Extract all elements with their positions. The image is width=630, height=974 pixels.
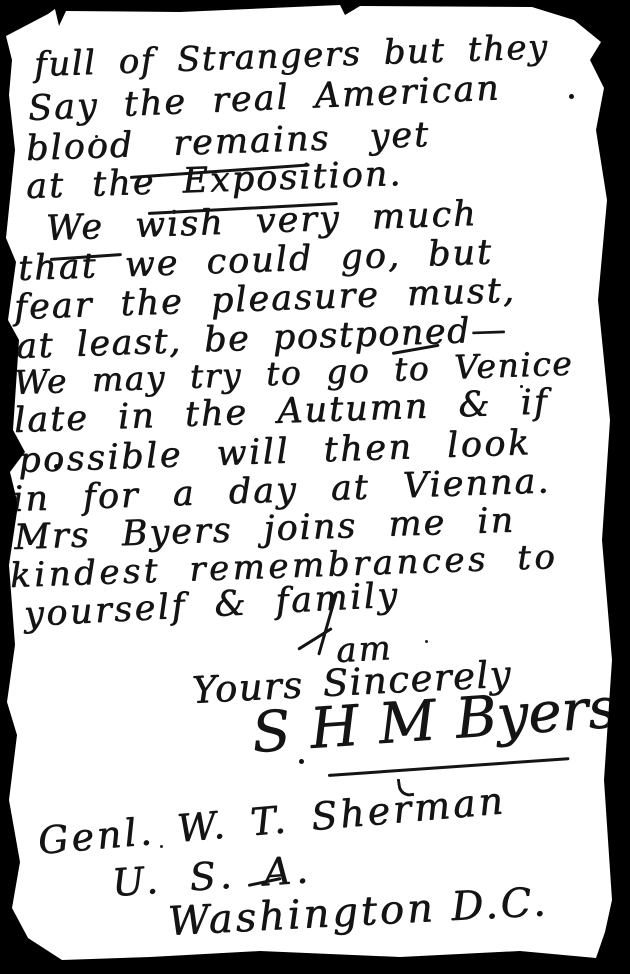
recipient-name-line: Genl. W. T. Sherman [36,781,507,860]
ink-underline-signature [328,757,570,777]
letter-paper: full of Strangers but they Say the real … [0,0,630,974]
scanned-letter-page: full of Strangers but they Say the real … [0,0,630,974]
scan-speckles [95,135,98,138]
ink-flourish-am [297,627,333,651]
